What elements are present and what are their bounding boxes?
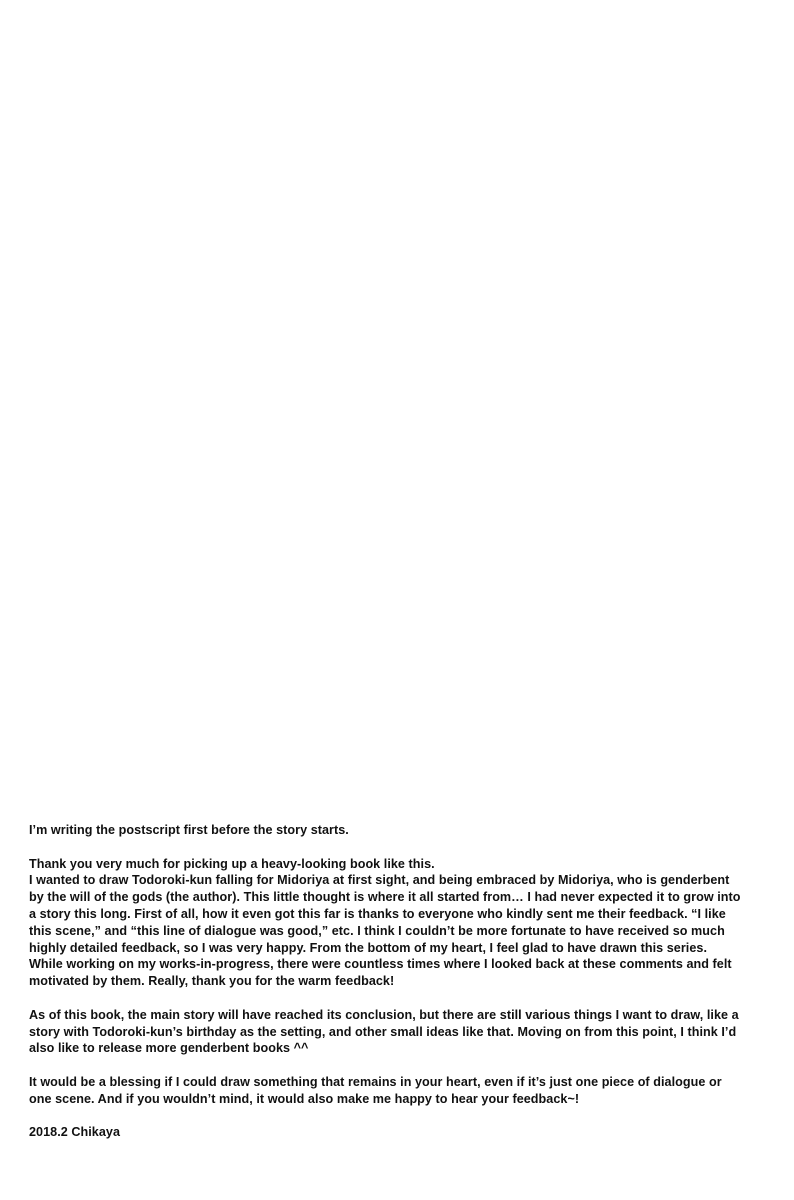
future-plans-paragraph: As of this book, the main story will hav… [29, 1007, 779, 1057]
document-page: I’m writing the postscript first before … [0, 0, 794, 1200]
intro-line: I’m writing the postscript first before … [29, 822, 779, 839]
postscript-text-block: I’m writing the postscript first before … [29, 822, 779, 1141]
closing-paragraph: It would be a blessing if I could draw s… [29, 1074, 779, 1108]
thanks-paragraph: Thank you very much for picking up a hea… [29, 856, 779, 990]
signature: 2018.2 Chikaya [29, 1124, 779, 1141]
